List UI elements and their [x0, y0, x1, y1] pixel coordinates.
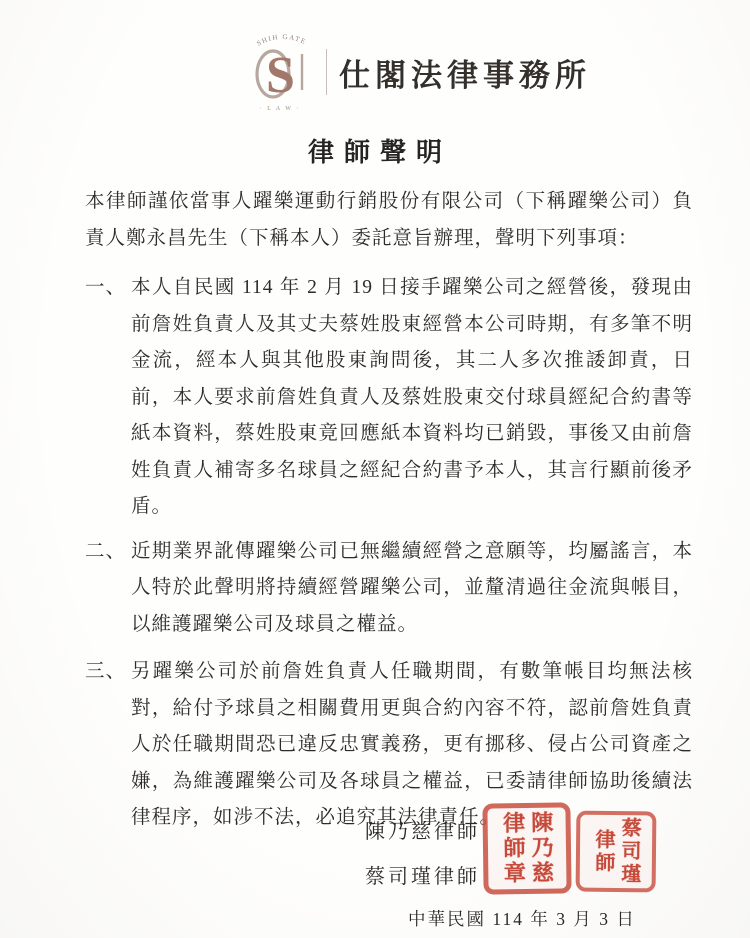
item-number: 一、	[85, 270, 131, 526]
logo-monogram-letter: S	[266, 47, 295, 104]
svg-text:SHIH GATE: SHIH GATE	[255, 33, 307, 48]
seal-column-left: 律師章	[500, 811, 525, 886]
statement-item-1: 一、 本人自民國 114 年 2 月 19 日接手躍樂公司之經營後，發現由前詹姓…	[85, 270, 693, 526]
logo-arc-text: SHIH GATE	[255, 33, 307, 48]
logo-bottom-text: · L A W ·	[260, 106, 301, 112]
item-number: 二、	[85, 534, 131, 644]
signature-block: 陳乃慈律師 蔡司瑾律師 律師章 陳乃慈 律師 蔡司瑾	[85, 800, 693, 910]
seal-column-left: 律師	[592, 828, 614, 874]
document-title: 律師聲明	[0, 132, 750, 169]
statement-item-2: 二、 近期業界訛傳躍樂公司已無繼續經營之意願等，均屬謠言，本人特於此聲明將持續經…	[85, 534, 693, 644]
lawyer-seal-2: 律師 蔡司瑾	[576, 811, 657, 893]
item-text: 本人自民國 114 年 2 月 19 日接手躍樂公司之經營後，發現由前詹姓負責人…	[131, 270, 693, 526]
document-body: 本律師謹依當事人躍樂運動行銷股份有限公司（下稱躍樂公司）負責人鄭永昌先生（下稱本…	[85, 184, 693, 837]
logo-divider	[326, 49, 327, 95]
seal-column-right: 蔡司瑾	[618, 817, 641, 886]
scanned-legal-statement: SHIH GATE S · L A W · 仕閣法律事務所 律師聲明 本律師謹依…	[0, 0, 750, 938]
firm-monogram-icon: SHIH GATE S · L A W ·	[246, 24, 320, 114]
intro-paragraph: 本律師謹依當事人躍樂運動行銷股份有限公司（下稱躍樂公司）負責人鄭永昌先生（下稱本…	[85, 184, 693, 257]
firm-logo: SHIH GATE S · L A W ·	[246, 24, 320, 114]
document-date: 中華民國 114 年 3 月 3 日	[408, 906, 636, 931]
firm-name: 仕閣法律事務所	[339, 50, 591, 95]
item-text: 近期業界訛傳躍樂公司已無繼續經營之意願等，均屬謠言，本人特於此聲明將持續經營躍樂…	[131, 534, 693, 644]
seal-column-right: 陳乃慈	[528, 811, 553, 886]
letterhead: SHIH GATE S · L A W · 仕閣法律事務所	[246, 24, 591, 114]
lawyer-seal-1: 律師章 陳乃慈	[482, 802, 571, 894]
